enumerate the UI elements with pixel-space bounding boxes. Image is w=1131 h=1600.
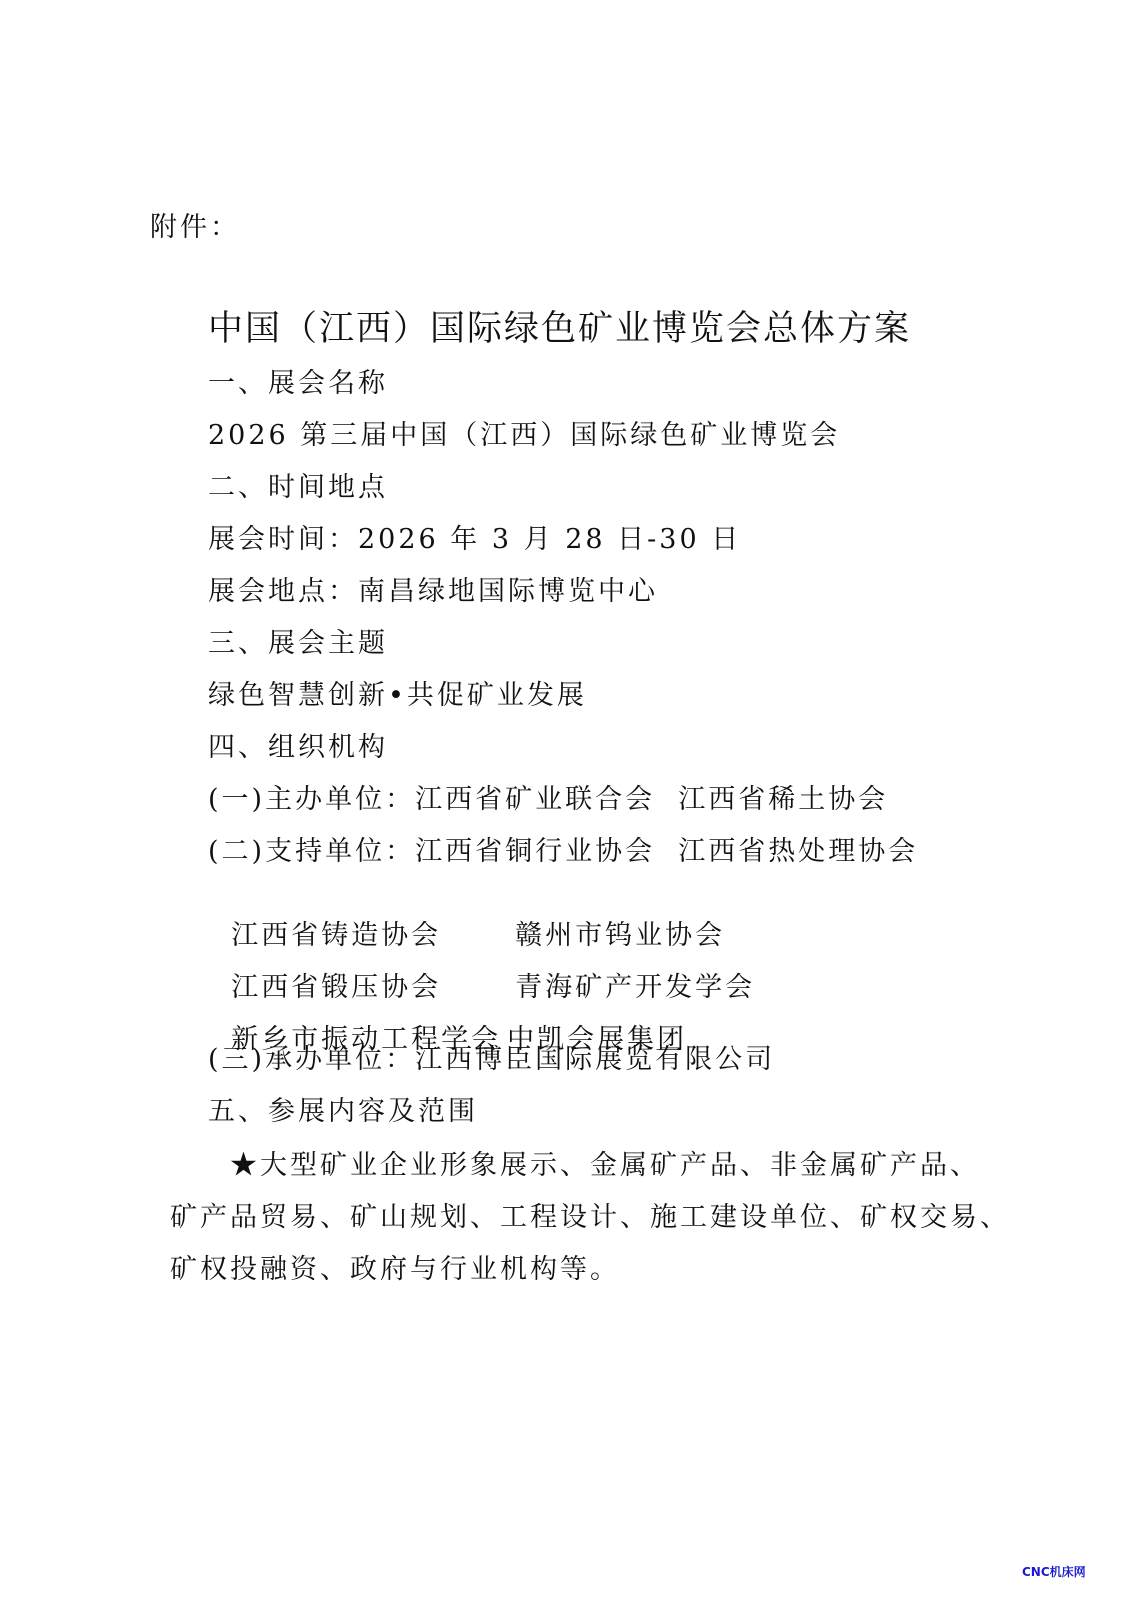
section-5-heading: 五、参展内容及范围 [208,1096,478,1128]
exhibition-time: 展会时间：2026 年 3 月 28 日-30 日 [208,524,741,556]
scope-line-2: 矿产品贸易、矿山规划、工程设计、施工建设单位、矿权交易、 [170,1202,1010,1234]
document-title: 中国（江西）国际绿色矿业博览会总体方案 [208,308,911,350]
exhibition-place: 展会地点：南昌绿地国际博览中心 [208,576,658,608]
exhibition-theme: 绿色智慧创新•共促矿业发展 [208,680,587,712]
watermark: CNC机床网 [1022,1563,1086,1580]
exhibition-name: 2026 第三届中国（江西）国际绿色矿业博览会 [208,420,840,452]
attachment-label: 附件： [150,212,240,244]
section-4-heading: 四、组织机构 [208,732,388,764]
support-units: (二)支持单位：江西省铜行业协会 江西省热处理协会 [208,836,918,868]
host-units: (一)主办单位：江西省矿业联合会 江西省稀土协会 [208,784,888,816]
scope-line-3: 矿权投融资、政府与行业机构等。 [170,1254,620,1286]
organizer-unit: (三)承办单位：江西博臣国际展览有限公司 [208,1044,775,1076]
section-3-heading: 三、展会主题 [208,628,388,660]
scope-line-1: ★大型矿业企业形象展示、金属矿产品、非金属矿产品、 [230,1150,980,1182]
section-2-heading: 二、时间地点 [208,472,388,504]
section-1-heading: 一、展会名称 [208,368,388,400]
